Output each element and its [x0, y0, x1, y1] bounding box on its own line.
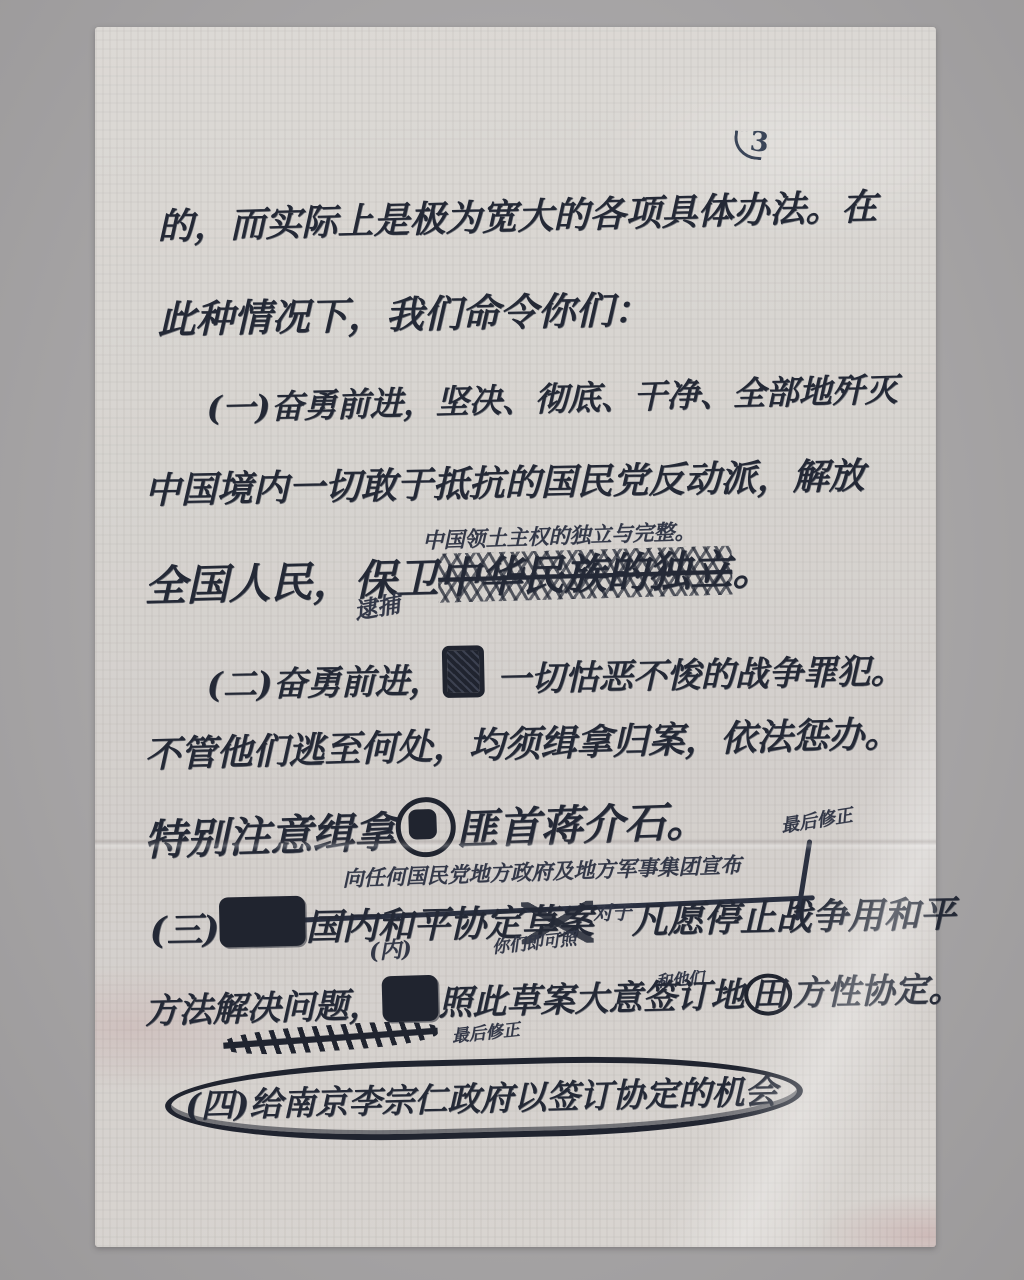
handwriting-line-2: 此种情况下，我们命令你们： — [157, 279, 652, 344]
heavy-inked-out-passage — [219, 896, 306, 948]
handwriting-line-1: 的，而实际上是极为宽大的各项具体办法。在 — [157, 179, 878, 250]
line-5-period: 。 — [731, 544, 774, 594]
line-5-crossed-out-text: 中华民族的独立 — [437, 546, 732, 603]
line-10-tail: 方性协定。 — [792, 969, 963, 1014]
ink-blot — [408, 809, 437, 840]
handwriting-line-5: 全国人民，保卫中华民族的独立。 — [143, 536, 774, 614]
line-9-number: (三) — [149, 909, 220, 952]
handwriting-line-7: 不管他们逃至何处，均须缉拿归案，依法惩办。 — [144, 706, 901, 778]
handwriting-line-6: (二)奋勇前进， 一切怙恶不悛的战争罪犯。 — [206, 636, 905, 707]
page-number-mark: 3 — [748, 126, 770, 159]
line-8-head: 特别注意缉拿 — [143, 807, 397, 865]
handwriting-line-3: (一)奋勇前进，坚决、彻底、干净、全部地歼灭 — [206, 364, 898, 430]
handwriting-line-11: (四)给南京李宗仁政府以签订协定的机会 — [185, 1072, 778, 1125]
boxed-final-line: (四)给南京李宗仁政府以签订协定的机会 — [164, 1051, 804, 1146]
circled-deleted-character — [395, 796, 457, 858]
manuscript-photo: 3 的，而实际上是极为宽大的各项具体办法。在 此种情况下，我们命令你们： (一)… — [0, 0, 1024, 1280]
line-6-tail: 一切怙恶不悛的战争罪犯。 — [496, 651, 905, 700]
line-9-mid: 国内和平协定 — [305, 902, 522, 949]
pen-hook-mark — [732, 130, 764, 160]
line-10-mid: 照此草案大意签订地 — [438, 975, 745, 1024]
paper-sheet: 3 的，而实际上是极为宽大的各项具体办法。在 此种情况下，我们命令你们： (一)… — [95, 27, 936, 1247]
line-8-tail: 匪首蒋介石。 — [455, 796, 709, 854]
handwriting-line-10: 方法解决问题，照此草案大意签订地田方性协定。 — [144, 960, 963, 1033]
boxed-inked-out-character — [442, 645, 485, 698]
line-6-head: (二)奋勇前进， — [206, 661, 443, 706]
inserted-word-duiyu: 对于 — [593, 902, 631, 925]
line-9-tail: 凡愿停止战争用和平 — [631, 893, 956, 942]
circled-character: 田 — [744, 973, 793, 1016]
inserted-word-daibu: 逮捕 — [351, 586, 402, 626]
handwriting-line-4: 中国境内一切敢于抵抗的国民党反动派，解放 — [144, 448, 865, 514]
revision-note-zuihou-xiuzheng-right: 最后修正 — [779, 801, 854, 838]
inked-out-characters — [382, 975, 439, 1023]
revision-note-nei: (内) — [368, 932, 413, 966]
